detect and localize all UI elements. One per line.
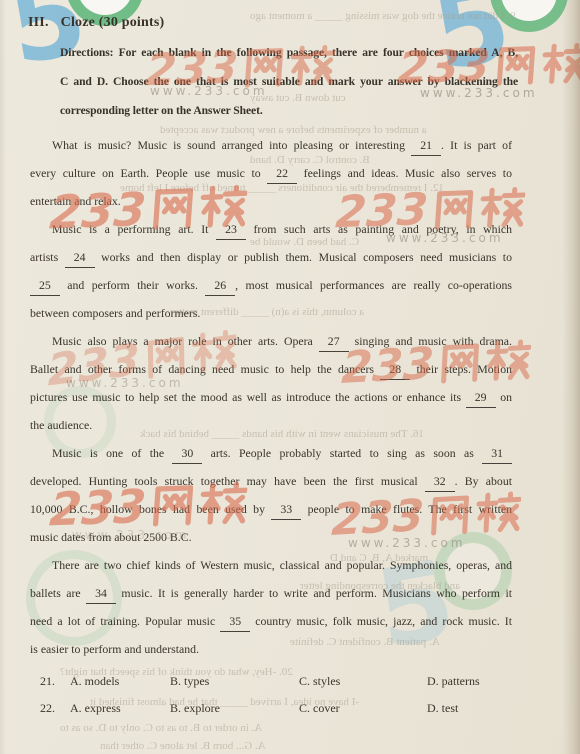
passage-line: Ballet and other forms of dancing need m… bbox=[30, 355, 512, 383]
passage-line: There are two chief kinds of Western mus… bbox=[30, 551, 512, 579]
cloze-blank-27: 27 bbox=[319, 334, 349, 352]
directions-line: C and D. Choose the one that is most sui… bbox=[60, 67, 518, 96]
question-number: 21. bbox=[40, 668, 70, 695]
option-b: B. explore bbox=[170, 695, 299, 722]
section-title: Cloze (30 points) bbox=[61, 15, 165, 30]
option-a: A. express bbox=[70, 695, 170, 722]
option-d: D. patterns bbox=[427, 668, 545, 695]
cloze-blank-29: 29 bbox=[466, 390, 496, 408]
cloze-blank-23: 23 bbox=[216, 222, 246, 240]
passage: What is music? Music is sound arranged i… bbox=[30, 131, 512, 663]
question-row: 22.A. expressB. exploreC. coverD. test bbox=[40, 695, 545, 722]
cloze-blank-24: 24 bbox=[65, 250, 95, 268]
scanned-test-page: 9. I did not notice the dog was missing … bbox=[0, 0, 580, 754]
passage-line: need a lot of training. Popular music 35… bbox=[30, 607, 512, 635]
option-c: C. cover bbox=[299, 695, 427, 722]
section-numeral: III. bbox=[28, 15, 49, 30]
bleed-through-text: A. in order to B. to as to C. only to D.… bbox=[60, 722, 262, 734]
cloze-blank-31: 31 bbox=[482, 446, 512, 464]
option-b: B. types bbox=[170, 668, 299, 695]
directions-line: corresponding letter on the Answer Sheet… bbox=[60, 96, 518, 125]
passage-line: between composers and performers. bbox=[30, 299, 512, 327]
cloze-blank-33: 33 bbox=[271, 502, 301, 520]
cloze-blank-25: 25 bbox=[30, 278, 60, 296]
passage-line: is easier to perform and understand. bbox=[30, 635, 512, 663]
option-c: C. styles bbox=[299, 668, 427, 695]
passage-line: developed. Hunting tools struck together… bbox=[30, 467, 512, 495]
passage-line: entertain and relax. bbox=[30, 187, 512, 215]
passage-line: music dates from about 2500 B.C. bbox=[30, 523, 512, 551]
cloze-blank-32: 32 bbox=[425, 474, 455, 492]
passage-line: ballets are 34 music. It is generally ha… bbox=[30, 579, 512, 607]
passage-line: Music is a performing art. It 23 from su… bbox=[30, 215, 512, 243]
cloze-blank-28: 28 bbox=[380, 362, 410, 380]
passage-line: Music also plays a major role in other a… bbox=[30, 327, 512, 355]
question-number: 22. bbox=[40, 695, 70, 722]
option-d: D. test bbox=[427, 695, 545, 722]
passage-line: pictures use music to help set the mood … bbox=[30, 383, 512, 411]
cloze-blank-21: 21 bbox=[411, 138, 441, 156]
passage-line: the audience. bbox=[30, 411, 512, 439]
cloze-blank-34: 34 bbox=[86, 586, 116, 604]
passage-line: What is music? Music is sound arranged i… bbox=[30, 131, 512, 159]
option-a: A. models bbox=[70, 668, 170, 695]
cloze-blank-30: 30 bbox=[172, 446, 202, 464]
question-row: 21.A. modelsB. typesC. stylesD. patterns bbox=[40, 668, 545, 695]
page-edge-right-shadow bbox=[562, 0, 580, 754]
passage-line: 10,000 B.C., hollow bones had been used … bbox=[30, 495, 512, 523]
passage-line: every culture on Earth. People use music… bbox=[30, 159, 512, 187]
passage-line: 25 and perform their works. 26, most mus… bbox=[30, 271, 512, 299]
cloze-blank-35: 35 bbox=[220, 614, 250, 632]
section-heading: III.Cloze (30 points) bbox=[28, 14, 164, 32]
page-edge-left-shadow bbox=[0, 0, 6, 754]
cloze-blank-22: 22 bbox=[267, 166, 297, 184]
passage-line: Music is one of the 30 arts. People prob… bbox=[30, 439, 512, 467]
logo-green-ring-icon bbox=[490, 0, 568, 32]
bleed-through-text: 9. I did not notice the dog was missing … bbox=[250, 10, 516, 22]
bleed-through-text: A. G... born B. let alone C. other than bbox=[100, 740, 266, 752]
answer-options-block: 21.A. modelsB. typesC. stylesD. patterns… bbox=[40, 668, 545, 722]
directions-line: Directions: For each blank in the follow… bbox=[60, 38, 518, 67]
directions-block: Directions: For each blank in the follow… bbox=[60, 38, 518, 125]
cloze-blank-26: 26 bbox=[205, 278, 235, 296]
passage-line: artists 24 works and then display or pub… bbox=[30, 243, 512, 271]
